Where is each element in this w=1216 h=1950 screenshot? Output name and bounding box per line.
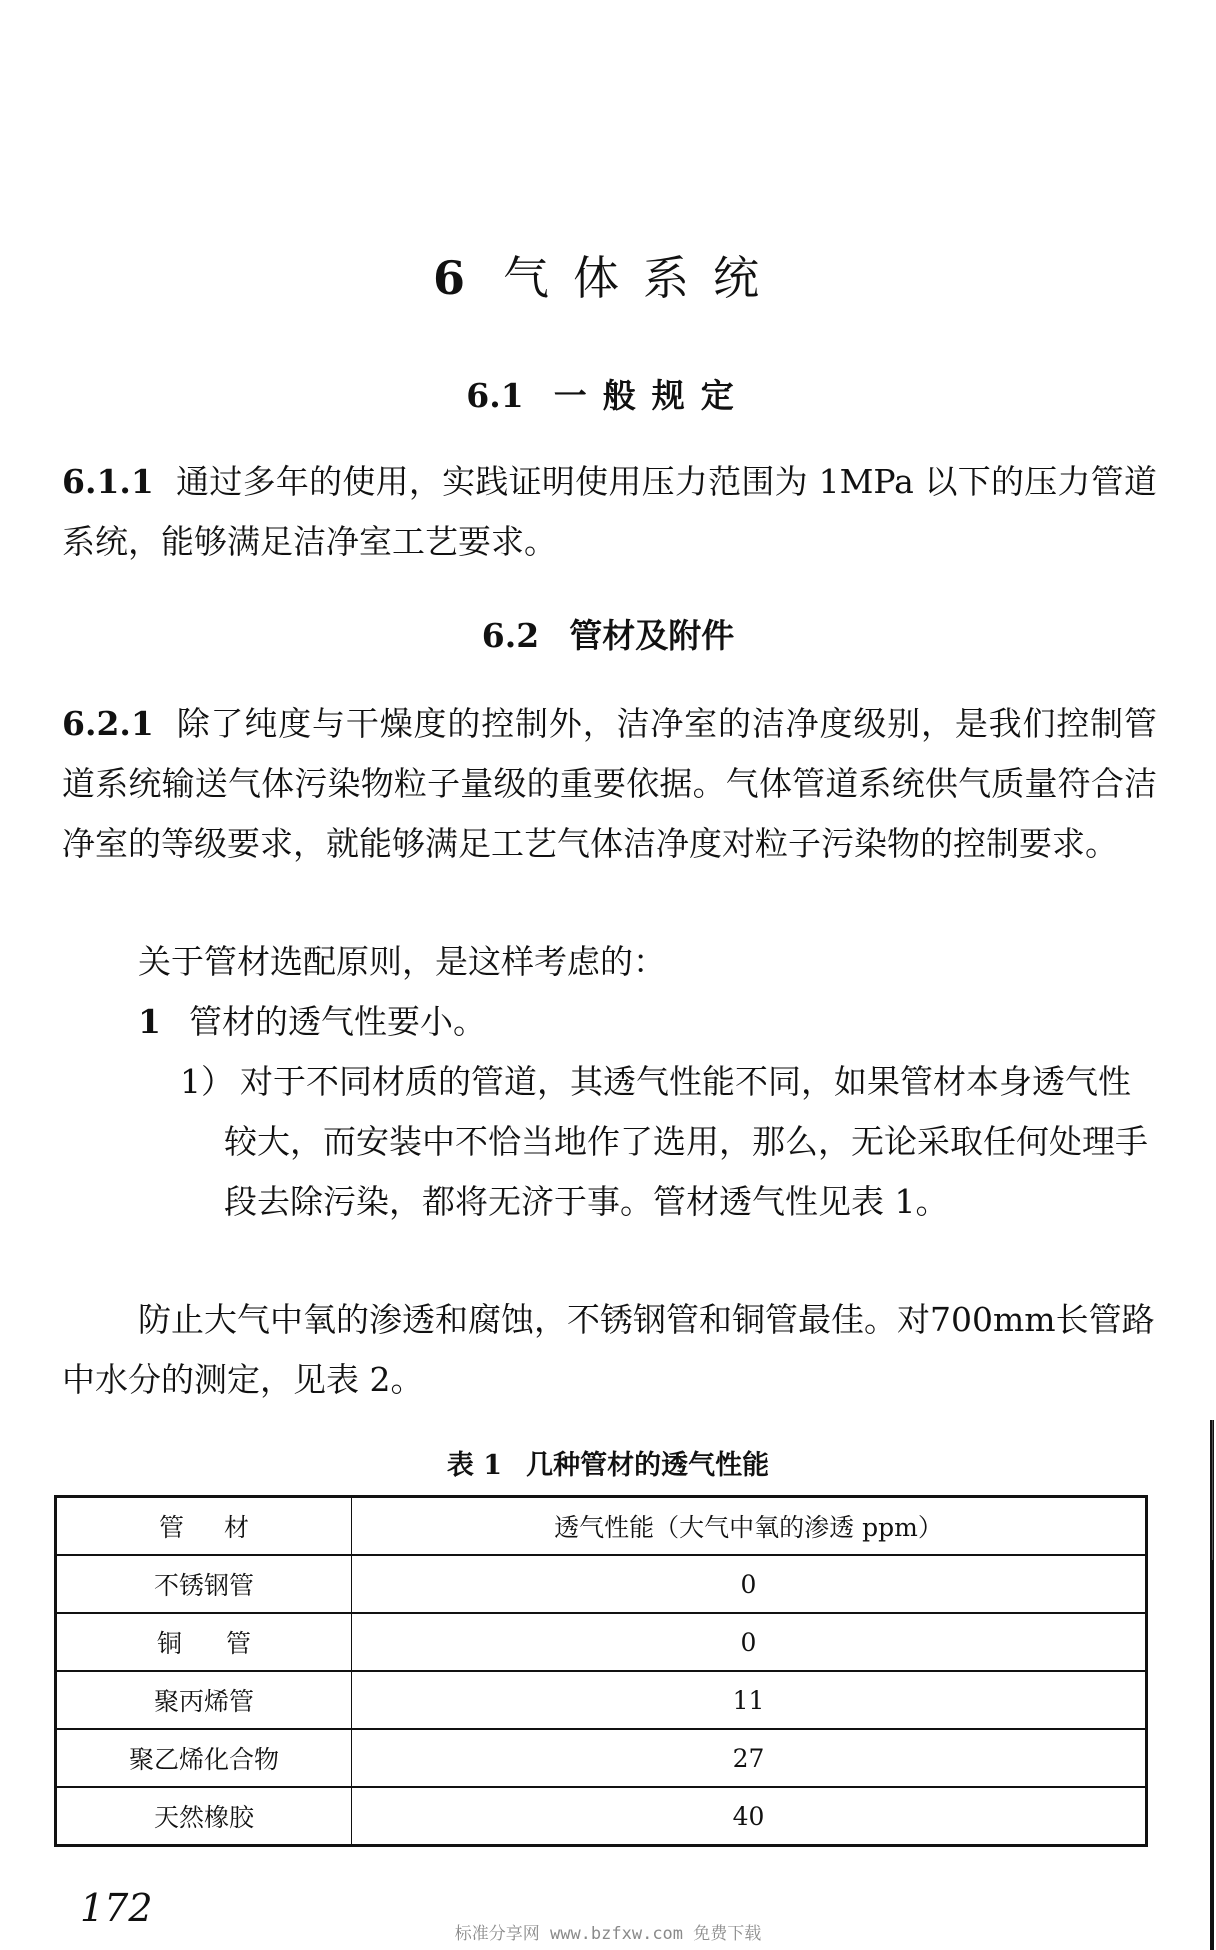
clause-number: 6.1.1	[62, 462, 154, 501]
table-1-caption: 表 1几种管材的透气性能	[0, 1443, 1216, 1482]
chapter-title-text: 气体系统	[503, 251, 783, 305]
table-row: 不锈钢管 0	[56, 1555, 1147, 1613]
list-item-text: 管材的透气性要小。	[189, 1002, 486, 1041]
sub-item-text: 对于不同材质的管道，其透气性能不同，如果管材本身透气性较大，而安装中不恰当地作了…	[224, 1062, 1148, 1221]
section-6-1-heading: 6.1一般规定	[0, 370, 1216, 417]
header-permeability: 透气性能（大气中氧的渗透 ppm）	[352, 1497, 1147, 1556]
table-row: 聚丙烯管 11	[56, 1671, 1147, 1729]
oxygen-permeation-paragraph: 防止大气中氧的渗透和腐蚀，不锈钢管和铜管最佳。对700mm长管路中水分的测定，见…	[62, 1290, 1157, 1410]
table-row: 聚乙烯化合物 27	[56, 1729, 1147, 1787]
clause-number: 6.2.1	[62, 704, 154, 743]
sub-item-1: 1）对于不同材质的管道，其透气性能不同，如果管材本身透气性较大，而安装中不恰当地…	[180, 1052, 1158, 1232]
table-row: 铜管 0	[56, 1613, 1147, 1671]
chapter-number: 6	[433, 251, 465, 305]
clause-text: 除了纯度与干燥度的控制外，洁净室的洁净度级别，是我们控制管道系统输送气体污染物粒…	[62, 704, 1157, 863]
cell-value: 0	[352, 1555, 1147, 1613]
section-number: 6.2	[482, 616, 539, 655]
cell-material: 天然橡胶	[56, 1787, 352, 1846]
cell-value: 27	[352, 1729, 1147, 1787]
cell-material: 铜管	[56, 1613, 352, 1671]
list-item-number: 1	[138, 1002, 161, 1041]
permeability-table: 管材 透气性能（大气中氧的渗透 ppm） 不锈钢管 0 铜管 0 聚丙烯管 11…	[54, 1495, 1148, 1847]
selection-principle-intro: 关于管材选配原则，是这样考虑的：	[138, 932, 1158, 992]
watermark: 标准分享网 www.bzfxw.com 免费下载	[0, 1919, 1216, 1944]
cell-material: 聚乙烯化合物	[56, 1729, 352, 1787]
cell-value: 11	[352, 1671, 1147, 1729]
table-row: 天然橡胶 40	[56, 1787, 1147, 1846]
section-title-text: 管材及附件	[569, 616, 734, 655]
header-material: 管材	[56, 1497, 352, 1556]
scan-edge-line-thin	[1212, 1420, 1213, 1560]
clause-text: 通过多年的使用，实践证明使用压力范围为 1MPa 以下的压力管道系统，能够满足洁…	[62, 462, 1157, 561]
sub-item-number: 1）	[180, 1062, 234, 1101]
section-6-2-heading: 6.2管材及附件	[0, 610, 1216, 657]
cell-value: 0	[352, 1613, 1147, 1671]
list-item-1: 1管材的透气性要小。	[138, 992, 1158, 1052]
cell-material: 不锈钢管	[56, 1555, 352, 1613]
cell-value: 40	[352, 1787, 1147, 1846]
table-caption-number: 表 1	[447, 1450, 502, 1481]
table-caption-title: 几种管材的透气性能	[526, 1450, 769, 1481]
section-number: 6.1	[466, 376, 523, 415]
clause-6-1-1: 6.1.1通过多年的使用，实践证明使用压力范围为 1MPa 以下的压力管道系统，…	[62, 452, 1157, 572]
clause-6-2-1: 6.2.1除了纯度与干燥度的控制外，洁净室的洁净度级别，是我们控制管道系统输送气…	[62, 694, 1157, 874]
table-header-row: 管材 透气性能（大气中氧的渗透 ppm）	[56, 1497, 1147, 1556]
cell-material: 聚丙烯管	[56, 1671, 352, 1729]
chapter-title: 6气体系统	[0, 242, 1216, 308]
section-title-text: 一般规定	[554, 376, 750, 415]
